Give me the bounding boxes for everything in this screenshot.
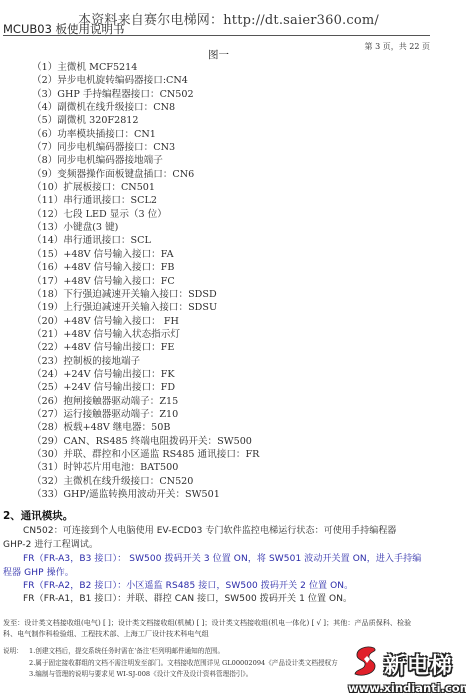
list-item: （20）+48V 信号输入接口： FH: [32, 315, 259, 328]
list-item: （21）+48V 信号输入状态指示灯: [32, 328, 259, 341]
distribution-line: 科、电气制作科检验组、工程技术部、上海工厂设计技术科电气组: [3, 628, 411, 639]
list-item: （16）+48V 信号输入接口：FB: [32, 261, 259, 274]
list-item: （15）+48V 信号输入接口：FA: [32, 248, 259, 261]
list-item: （29）CAN、RS485 终端电阻拨码开关：SW500: [32, 435, 259, 448]
list-item: （14）串行通讯接口：SCL: [32, 234, 259, 247]
list-item: （12）七段 LED 显示（3 位）: [32, 208, 259, 221]
list-item: （32）主微机在线升级接口：CN520: [32, 475, 259, 488]
figure-caption: 图一: [208, 47, 229, 62]
list-item: （3）GHP 手持编程器接口：CN502: [32, 88, 259, 101]
distribution-line: 发至：设计类文档接收组(电气) [ ]；设计类文档接收组(机械) [ ]；设计类…: [3, 617, 411, 628]
list-item: （23）控制板的接地端子: [32, 355, 259, 368]
xindianti-logo: 新电梯 www.xindianti.com: [352, 645, 466, 699]
list-item: （4）副微机在线升级接口：CN8: [32, 101, 259, 114]
list-item: （26）抱闸接触器驱动端子：Z15: [32, 395, 259, 408]
list-item: （19）上行强迫减速开关输入接口：SDSU: [32, 301, 259, 314]
list-item: （1）主微机 MCF5214: [32, 61, 259, 74]
list-item: （8）同步电机编码器接地端子: [32, 154, 259, 167]
fr-a2-paragraph: FR（FR-A2，B2 接口）：小区遥监 RS485 接口，SW500 拨码开关…: [23, 578, 353, 591]
section-heading: 2、通讯模块。: [3, 508, 73, 523]
list-item: （9）变频器操作面板键盘插口：CN6: [32, 168, 259, 181]
distribution-note: 发至：设计类文档接收组(电气) [ ]；设计类文档接收组(机械) [ ]；设计类…: [3, 617, 411, 639]
list-item: （22）+48V 信号输出接口：FE: [32, 341, 259, 354]
fr-a3-paragraph-line2: 程器 GHP 操作。: [3, 565, 74, 578]
list-item: （5）副微机 320F2812: [32, 114, 259, 127]
logo-brand-text: 新电梯: [384, 649, 453, 680]
notes-label: 说明：: [3, 646, 29, 658]
page-number: 第 3 页，共 22 页: [365, 41, 430, 52]
list-item: （25）+24V 信号输出接口：FD: [32, 381, 259, 394]
list-item: （28）板载+48V 继电器：50B: [32, 421, 259, 434]
list-item: （7）同步电机编码器接口：CN3: [32, 141, 259, 154]
fr-a3-paragraph-line1: FR（FR-A3，B3 接口）： SW500 拨码开关 3 位置 ON，将 SW…: [23, 551, 421, 564]
fr-a1-paragraph: FR（FR-A1，B1 接口）：并联、群控 CAN 接口，SW500 拨码开关 …: [23, 591, 352, 604]
list-item: （33）GHP/遥监转换用波动开关：SW501: [32, 488, 259, 501]
logo-url-text: www.xindianti.com: [348, 681, 466, 695]
note-item: 2.属于固定接收群组的文档不需注明发至部门。文档接收范围详见 GL0000209…: [3, 658, 338, 670]
list-item: （27）运行接触器驱动端子：Z10: [32, 408, 259, 421]
footer-notes: 说明：1.创建文档后，提交系统任务时需在‘备注’栏列明邮件通知的范围。 2.属于…: [3, 646, 338, 681]
list-item: （13）小键盘(3 键): [32, 221, 259, 234]
list-item: （10）扩展板接口：CN501: [32, 181, 259, 194]
list-item: （11）串行通讯接口：SCL2: [32, 194, 259, 207]
header-divider: [3, 35, 430, 36]
list-item: （24）+24V 信号输出接口：FK: [32, 368, 259, 381]
list-item: （6）功率模块插接口：CN1: [32, 128, 259, 141]
cn502-paragraph-line1: CN502：可连接到个人电脑使用 EV-ECD03 专门软件监控电梯运行状态：可…: [23, 523, 397, 536]
cn502-paragraph-line2: GHP-2 进行工程调试。: [3, 537, 98, 550]
component-list: （1）主微机 MCF5214 （2）异步电机旋转编码器接口:CN4 （3）GHP…: [32, 61, 259, 501]
list-item: （2）异步电机旋转编码器接口:CN4: [32, 74, 259, 87]
list-item: （31）时钟芯片用电池：BAT500: [32, 461, 259, 474]
elevator-logo-icon: [352, 645, 382, 677]
note-item: 3.编制与管理的说明与要求见 WI-SJ-008《设计文件及设计资料管理指引》。: [3, 669, 338, 681]
note-item: 1.创建文档后，提交系统任务时需在‘备注’栏列明邮件通知的范围。: [29, 647, 224, 655]
list-item: （17）+48V 信号输入接口：FC: [32, 275, 259, 288]
list-item: （18）下行强迫减速开关输入接口：SDSD: [32, 288, 259, 301]
list-item: （30）并联、群控和小区遥监 RS485 通讯接口：FR: [32, 448, 259, 461]
